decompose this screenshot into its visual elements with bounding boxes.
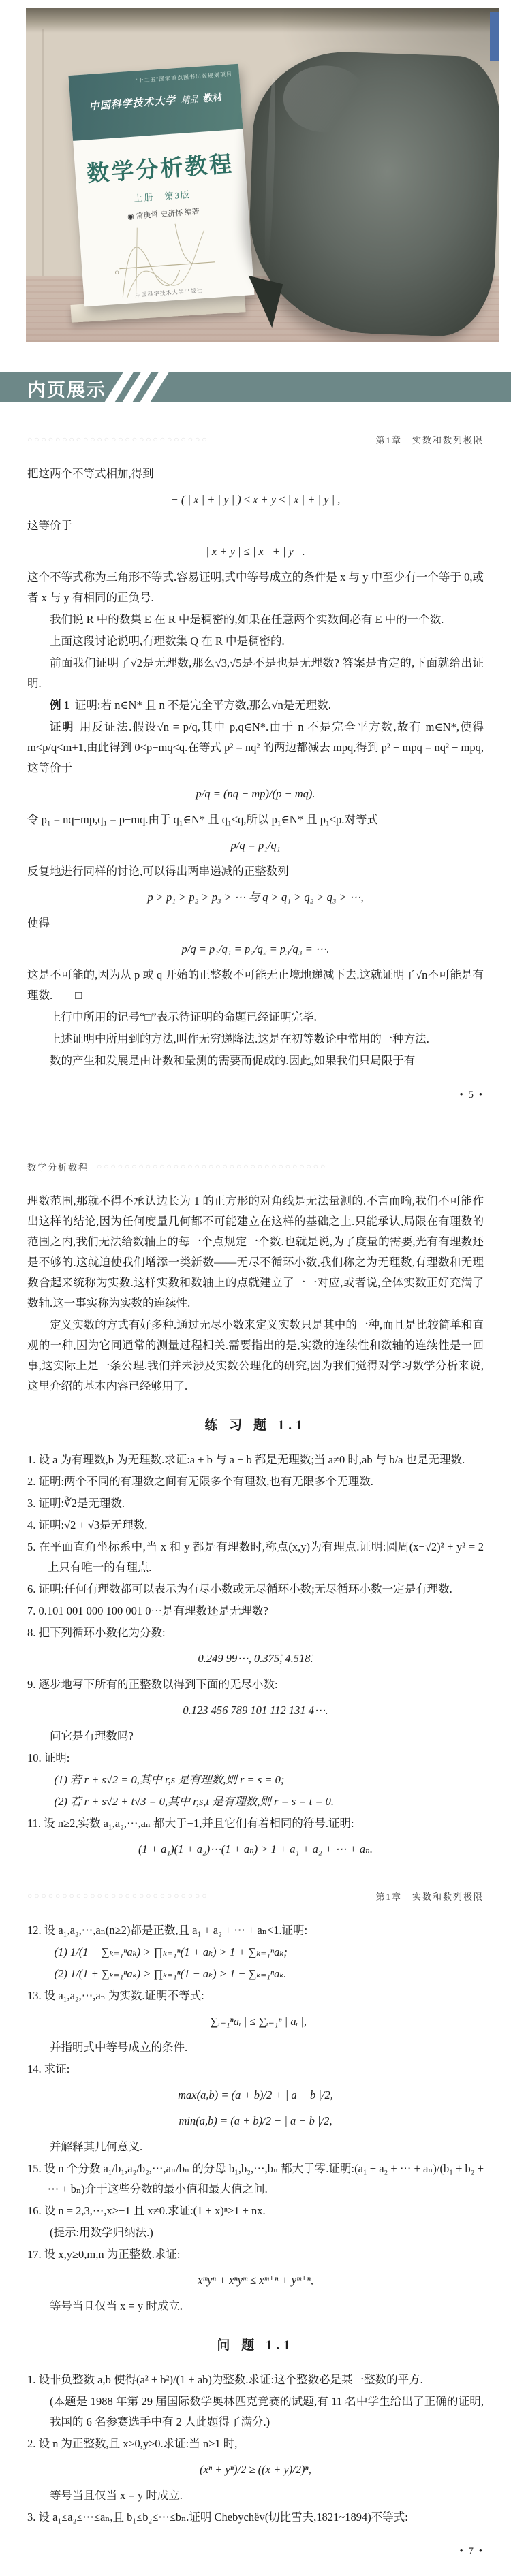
problems-heading: 问 题 1.1 <box>27 2336 484 2356</box>
exercise-subitem: (1) 1/(1 − ∑ₖ₌₁ⁿaₖ) > ∏ₖ₌₁ⁿ(1 + aₖ) > 1 … <box>27 1942 484 1962</box>
continuation-line: (本题是 1988 年第 29 届国际数学奥林匹克竞赛的试题,有 11 名中学生… <box>27 2391 484 2432</box>
gray-mailer-bag <box>246 49 499 338</box>
continuation-line: 问它是有理数吗? <box>27 1726 484 1747</box>
exercise-item: 10. 证明: <box>27 1748 484 1768</box>
exercise-item: 5. 在平面直角坐标系中,当 x 和 y 都是有理数时,称点(x,y)为有理点.… <box>27 1537 484 1578</box>
exercise-item: 1. 设非负整数 a,b 使得(a² + b²)/(1 + ab)为整数.求证:… <box>27 2370 484 2390</box>
paragraph: 这是不可能的,因为从 p 或 q 开始的正整数不可能无止境地递减下去.这就证明了… <box>27 965 484 1006</box>
exercises-heading: 练 习 题 1.1 <box>27 1416 484 1436</box>
exercise-item: 14. 求证: <box>27 2059 484 2080</box>
header-circles: ○○○○○○○○○○○○○○○○○○○○○○○○○○○○○○○○○ <box>97 1162 484 1172</box>
publisher-badge-icon: ◉ <box>127 212 134 221</box>
exercise-item: 1. 设 a 为有理数,b 为无理数.求证:a + b 与 a − b 都是无理… <box>27 1450 484 1470</box>
paragraph: 证明用反证法.假设√n = p/q,其中 p,q∈N*.由于 n 不是完全平方数… <box>27 717 484 778</box>
product-photo: “十二五”国家重点图书出版规划项目 中国科学技术大学 精品 教材 数学分析教程 … <box>26 8 499 342</box>
paragraph: 令 p₁ = nq−mp,q₁ = p−mq.由于 q₁∈N* 且 q₁<q,所… <box>27 810 484 830</box>
page-body: 把这两个不等式相加,得到− ( | x | + | y | ) ≤ x + y … <box>27 464 484 1105</box>
exercise-item: 4. 证明:√2 + √3是无理数. <box>27 1515 484 1536</box>
formula-line: xᵐyⁿ + xⁿyᵐ ≤ xᵐ⁺ⁿ + yᵐ⁺ⁿ, <box>27 2270 484 2291</box>
bag-fold <box>263 78 277 274</box>
exercise-item: 8. 把下列循环小数化为分数: <box>27 1623 484 1643</box>
inner-pages-banner: 内页展示 <box>0 372 511 402</box>
exercise-item: 2. 证明:两个不同的有理数之间有无限多个有理数,也有无限多个无理数. <box>27 1472 484 1492</box>
paragraph: 理数范围,那就不得不承认边长为 1 的正方形的对角线是无法量测的.不言而喻,我们… <box>27 1191 484 1314</box>
paragraph: 上述证明中所用到的方法,叫作无穷递降法.这是在初等数论中常用的一种方法. <box>27 1029 484 1049</box>
exercise-item: 15. 设 n 个分数 a₁/b₁,a₂/b₂,⋯,aₙ/bₙ 的分母 b₁,b… <box>27 2159 484 2199</box>
formula-line: (1 + a₁)(1 + a₂)⋯(1 + aₙ) > 1 + a₁ + a₂ … <box>27 1839 484 1860</box>
paragraph: 这个不等式称为三角形不等式.容易证明,式中等号成立的条件是 x 与 y 中至少有… <box>27 567 484 608</box>
series-label: “十二五”国家重点图书出版规划项目 <box>69 70 239 89</box>
exercise-item: 3. 设 a₁≤a₂≤⋯≤aₙ,且 b₁≤b₂≤⋯≤bₙ.证明 Chebychë… <box>27 2507 484 2528</box>
paragraph: 反复地进行同样的讨论,可以得出两串递减的正整数列 <box>27 861 484 882</box>
exercise-item: 6. 证明:任何有理数都可以表示为有尽小数或无尽循环小数;无尽循环小数一定是有理… <box>27 1579 484 1600</box>
paragraph: 数的产生和发展是由计数和量测的需要而促成的.因此,如果我们只局限于有 <box>27 1051 484 1071</box>
header-circles: ○○○○○○○○○○○○○○○○○○○○○○○○○○ <box>27 1891 367 1901</box>
formula-line: (xⁿ + yⁿ)/2 ≥ ((x + y)/2)ⁿ, <box>27 2460 484 2480</box>
edition-label: 第3版 <box>164 189 191 202</box>
exercise-subitem: (2) 1/(1 + ∑ₖ₌₁ⁿaₖ) > ∏ₖ₌₁ⁿ(1 − aₖ) > 1 … <box>27 1964 484 1984</box>
exercise-item: 2. 设 n 为正整数,且 x≥0,y≥0.求证:当 n>1 时, <box>27 2434 484 2454</box>
volume-label: 上册 <box>134 192 155 204</box>
exercise-item: 11. 设 n≥2,实数 a₁,a₂,⋯,aₙ 都大于−1,并且它们有着相同的符… <box>27 1813 484 1834</box>
exercise-item: 12. 设 a₁,a₂,⋯,aₙ(n≥2)都是正数,且 a₁ + a₂ + ⋯ … <box>27 1920 484 1941</box>
university-calligraphy: 中国科学技术大学 精品 教材 <box>70 89 241 114</box>
exercise-item: 16. 设 n = 2,3,⋯,x>−1 且 x≠0.求证:(1 + x)ⁿ>1… <box>27 2201 484 2221</box>
formula-line: p > p₁ > p₂ > p₃ > ⋯ 与 q > q₁ > q₂ > q₃ … <box>27 887 484 908</box>
page-number: • 7 • <box>27 2541 484 2562</box>
continuation-line: 等号当且仅当 x = y 时成立. <box>27 2296 484 2317</box>
university-name: 中国科学技术大学 <box>89 95 176 112</box>
paragraph-lead: 证明 <box>50 720 74 733</box>
paragraph: 例 1证明:若 n∈N* 且 n 不是完全平方数,那么√n是无理数. <box>27 695 484 716</box>
authors-names: 常庚哲 史济怀 编著 <box>136 208 200 220</box>
blue-object <box>490 12 499 61</box>
continuation-line: 并指明式中等号成立的条件. <box>27 2037 484 2058</box>
paragraph: 定义实数的方式有好多种.通过无尽小数来定义实数只是其中的一种,而且是比较简单和直… <box>27 1315 484 1397</box>
page-header: 数学分析教程 ○○○○○○○○○○○○○○○○○○○○○○○○○○○○○○○○○ <box>27 1160 484 1173</box>
book-title: 数学分析教程 <box>74 145 247 189</box>
banner-title: 内页展示 <box>27 375 106 402</box>
paragraph: 上行中所用的记号“□”表示待证明的命题已经证明完毕. <box>27 1007 484 1028</box>
exercise-subitem: (1) 若 r + s√2 = 0,其中 r,s 是有理数,则 r = s = … <box>27 1770 484 1790</box>
formula-line: p/q = (nq − mp)/(p − mq). <box>27 784 484 804</box>
paragraph: 上面这段讨论说明,有理数集 Q 在 R 中是稠密的. <box>27 631 484 652</box>
formula-line: p/q = p₁/q₁ <box>27 836 484 856</box>
formula-line: | ∑ᵢ₌₁ⁿaᵢ | ≤ ∑ᵢ₌₁ⁿ | aᵢ |, <box>27 2011 484 2032</box>
formula-line: | x + y | ≤ | x | + | y | . <box>27 541 484 562</box>
header-circles: ○○○○○○○○○○○○○○○○○○○○○○○○○○ <box>27 434 367 445</box>
shelf-panel-line <box>42 29 44 281</box>
paragraph: 使得 <box>27 913 484 934</box>
continuation-line: 等号当且仅当 x = y 时成立. <box>27 2485 484 2506</box>
material-label: 教材 <box>203 91 223 104</box>
formula-line: p/q = p₁/q₁ = p₂/q₂ = p₃/q₃ = ⋯. <box>27 939 484 959</box>
paragraph: 我们说 R 中的数集 E 在 R 中是稠密的,如果在任意两个实数间必有 E 中的… <box>27 609 484 630</box>
formula-line: 0.123 456 789 101 112 131 4⋯. <box>27 1700 484 1721</box>
cover-top-band: “十二五”国家重点图书出版规划项目 中国科学技术大学 精品 教材 <box>68 64 243 141</box>
page-body: 理数范围,那就不得不承认边长为 1 的正方形的对角线是无法量测的.不言而喻,我们… <box>27 1191 484 1876</box>
exercise-item: 7. 0.101 001 000 100 001 0⋯是有理数还是无理数? <box>27 1601 484 1621</box>
exercise-item: 13. 设 a₁,a₂,⋯,aₙ 为实数.证明不等式: <box>27 1986 484 2006</box>
brand-script: 精品 <box>181 94 199 106</box>
formula-line: 0.249 99⋯, 0.3̇75̇, 4.5̇18̇. <box>27 1649 484 1669</box>
continuation-line: 并解释其几何意义. <box>27 2137 484 2157</box>
chapter-title: 第1章 实数和数列极限 <box>375 1890 484 1903</box>
exercise-item: 3. 证明:∛2是无理数. <box>27 1493 484 1514</box>
exercise-subitem: (2) 若 r + s√2 + t√3 = 0,其中 r,s,t 是有理数,则 … <box>27 1792 484 1812</box>
book-page-7: ○○○○○○○○○○○○○○○○○○○○○○○○○○ 第1章 实数和数列极限 1… <box>0 1876 511 2576</box>
paragraph: 这等价于 <box>27 515 484 536</box>
paragraph: 把这两个不等式相加,得到 <box>27 464 484 484</box>
chapter-title: 第1章 实数和数列极限 <box>375 433 484 446</box>
paragraph: 前面我们证明了√2是无理数,那么√3,√5是不是也是无理数? 答案是肯定的,下面… <box>27 653 484 694</box>
formula-line: min(a,b) = (a + b)/2 − | a − b |/2, <box>27 2111 484 2131</box>
paragraph-lead: 例 1 <box>50 699 69 712</box>
formula-line: max(a,b) = (a + b)/2 + | a − b |/2, <box>27 2085 484 2105</box>
book-page-5: ○○○○○○○○○○○○○○○○○○○○○○○○○○ 第1章 实数和数列极限 把… <box>0 402 511 1151</box>
page-body: 12. 设 a₁,a₂,⋯,aₙ(n≥2)都是正数,且 a₁ + a₂ + ⋯ … <box>27 1920 484 2562</box>
book-front-cover: “十二五”国家重点图书出版规划项目 中国科学技术大学 精品 教材 数学分析教程 … <box>68 64 254 307</box>
graph-origin-label: O <box>114 270 119 276</box>
book-page-6: 数学分析教程 ○○○○○○○○○○○○○○○○○○○○○○○○○○○○○○○○○… <box>0 1151 511 1876</box>
book-running-title: 数学分析教程 <box>27 1160 89 1173</box>
continuation-line: (提示:用数学归纳法.) <box>27 2223 484 2243</box>
formula-line: − ( | x | + | y | ) ≤ x + y ≤ | x | + | … <box>27 490 484 510</box>
exercise-item: 9. 逐步地写下所有的正整数以得到下面的无尽小数: <box>27 1674 484 1695</box>
bag-highlight <box>283 64 369 134</box>
page-number: • 5 • <box>27 1085 484 1105</box>
exercise-item: 17. 设 x,y≥0,m,n 为正整数.求证: <box>27 2244 484 2265</box>
page-header: ○○○○○○○○○○○○○○○○○○○○○○○○○○ 第1章 实数和数列极限 <box>27 433 484 446</box>
page-header: ○○○○○○○○○○○○○○○○○○○○○○○○○○ 第1章 实数和数列极限 <box>27 1890 484 1903</box>
